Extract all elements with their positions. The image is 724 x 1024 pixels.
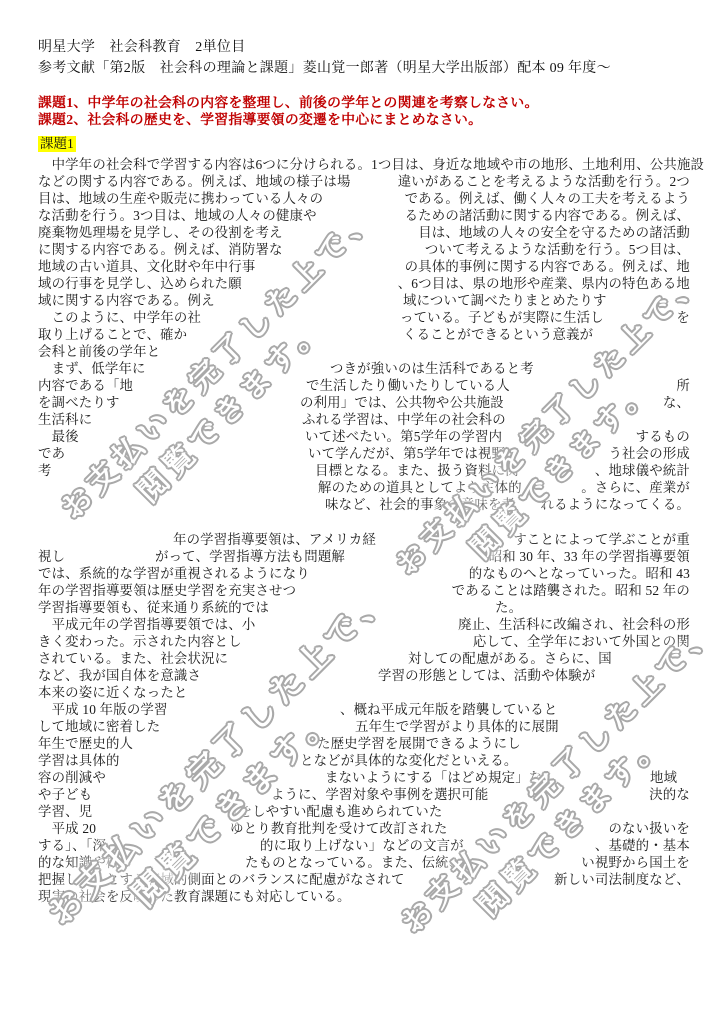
text-fragment: して地域に密着した	[38, 718, 160, 735]
text-fragment: がって、学習指導方法も問題解	[155, 548, 345, 565]
text-line: きく変わった。示された内容とし応して、全学年において外国との関	[0, 633, 724, 650]
text-fragment: 平成 20	[38, 820, 96, 837]
text-fragment: を調べたりす	[38, 394, 120, 411]
text-fragment: すことによって学ぶことが重	[513, 531, 690, 548]
text-line: 解のための道具としてより主体的。さらに、産業が	[0, 479, 724, 496]
document-page: 明星大学 社会科教育 2単位目 参考文献「第2版 社会科の理論と課題」菱山覚一郎…	[0, 0, 724, 1024]
text-fragment: いて学んだが、第5学年では視野	[308, 445, 505, 462]
text-fragment: ように、学習対象や事例を選択可能	[271, 786, 488, 803]
text-line: では、系統的な学習が重視されるようになり的なものへとなっていった。昭和 43	[0, 565, 724, 582]
text-line: や子どもように、学習対象や事例を選択可能決的な	[0, 786, 724, 803]
text-fragment: 中学年の社会科で学習する内容は6つに分けられる。1つ目は、身近な地域や市の地形、…	[38, 156, 704, 173]
text-fragment: な活動を行う。3つ目は、地域の人々の健康や	[38, 207, 317, 224]
text-fragment: 応して、全学年において外国との関	[473, 633, 690, 650]
text-fragment: のない扱いを	[608, 820, 690, 837]
text-fragment: 平成元年の学習指導要領では、小	[38, 616, 255, 633]
text-fragment: 的に取り上げない」などの文言が	[260, 837, 464, 854]
text-fragment: 年の学習指導要領は歴史学習を充実させつ	[38, 582, 296, 599]
text-fragment: まず、低学年に	[38, 360, 146, 377]
text-fragment: 習をしやすい配慮も進められていた	[225, 803, 442, 820]
text-fragment: 地域の古い道具、文化財や年中行事	[38, 258, 255, 275]
text-fragment: 地域	[650, 769, 677, 786]
text-fragment: た歴史学習を展開できるようにし	[317, 735, 521, 752]
text-fragment: であることは踏襲された。昭和 52 年の	[452, 582, 690, 599]
text-line: 学習、児習をしやすい配慮も進められていた	[0, 803, 724, 820]
text-fragment: 的な知識や概	[38, 854, 120, 871]
text-fragment: 域について調べたりまとめたりす	[403, 292, 607, 309]
text-line: を調べたりすの利用」では、公共物や公共施設な、	[0, 394, 724, 411]
text-line: 取り上げることで、確かくることができるという意義が	[0, 326, 724, 343]
text-fragment: 現実の社会を反映した教育課題にも対応している。	[38, 888, 351, 905]
text-fragment: 年の学習指導要領は、アメリカ経	[173, 531, 376, 548]
text-fragment: 、概ね平成元年版を踏襲していると	[340, 701, 557, 718]
text-fragment: 内容である「地	[38, 377, 133, 394]
text-fragment: 、地球儀や統計	[595, 462, 690, 479]
text-fragment: ついて考えるような活動を行う。5つ目は、	[425, 241, 690, 258]
text-fragment: ふれる学習は、中学年の社会科の	[302, 411, 506, 428]
text-fragment: であ	[38, 445, 65, 462]
text-fragment: たものとなっている。また、伝統、	[245, 854, 462, 871]
text-line: に関する内容である。例えば、消防署なついて考えるような活動を行う。5つ目は、	[0, 241, 724, 258]
text-line: 平成 20ゆとり教育批判を受けて改訂されたのない扱いを	[0, 820, 724, 837]
text-fragment: では、系統的な学習が重視されるようになり	[38, 565, 310, 582]
text-fragment: に関する内容である。例えば、消防署な	[38, 241, 283, 258]
text-fragment: 域の行事を見学し、込められた願	[38, 275, 242, 292]
text-line: な活動を行う。3つ目は、地域の人々の健康やるための諸活動に関する内容である。例え…	[0, 207, 724, 224]
text-line: など、我が国自体を意識さ学習の形態としては、活動や体験が	[0, 667, 724, 684]
text-fragment: た。	[495, 599, 522, 616]
text-line: する」、「深的に取り上げない」などの文言が、基礎的・基本	[0, 837, 724, 854]
text-line: 味など、社会的事象の意味を考れるようになってくる。	[0, 496, 724, 513]
text-line: であいて学んだが、第5学年では視野う社会の形成	[0, 445, 724, 462]
text-fragment: 廃棄物処理場を見学し、その役割を考え	[38, 224, 283, 241]
text-fragment: このように、中学年の社	[38, 309, 201, 326]
text-fragment: 平成 10 年版の学習	[38, 701, 168, 718]
text-fragment: 違いがあることを考えるような活動を行う。2つ	[398, 173, 690, 190]
text-line: まず、低学年につきが強いのは生活科であると考	[0, 360, 724, 377]
text-fragment: となどが具体的な変化だといえる。	[300, 752, 517, 769]
text-fragment: 学習の形態としては、活動や体験が	[378, 667, 595, 684]
text-line: 目は、地域の生産や販売に携わっている人々のである。例えば、働く人々の工夫を考える…	[0, 190, 724, 207]
text-line: 中学年の社会科で学習する内容は6つに分けられる。1つ目は、身近な地域や市の地形、…	[0, 156, 724, 173]
text-fragment: 年生で歴史的人	[38, 735, 133, 752]
text-fragment: 取り上げることで、確か	[38, 326, 187, 343]
text-line: 現実の社会を反映した教育課題にも対応している。	[0, 888, 724, 905]
text-line: 平成 10 年版の学習、概ね平成元年版を踏襲していると	[0, 701, 724, 718]
text-line: 年の学習指導要領は、アメリカ経すことによって学ぶことが重	[0, 531, 724, 548]
text-line: 本来の姿に近くなったと	[0, 684, 724, 701]
text-line: 把握しようとする広域的側面とのバランスに配慮がなされて新しい司法制度など、	[0, 871, 724, 888]
text-fragment: で生活したり働いたりしている人	[306, 377, 510, 394]
text-fragment: 、基礎的・基本	[595, 837, 690, 854]
text-fragment: つきが強いのは生活科であると考	[330, 360, 534, 377]
text-fragment: 所	[676, 377, 690, 394]
text-fragment: 目は、地域の人々の安全を守るための諸活動	[418, 224, 690, 241]
text-fragment: する」、「深	[38, 837, 106, 854]
text-fragment: など、我が国自体を意識さ	[38, 667, 201, 684]
text-fragment: な、	[663, 394, 690, 411]
text-fragment: 学習、児	[38, 803, 92, 820]
text-fragment: 。さらに、産業が	[581, 479, 690, 496]
text-fragment: う社会の形成	[608, 445, 690, 462]
text-line: 会科と前後の学年と	[0, 343, 724, 360]
text-line: 容の削減やまないようにする「はどめ規定」な地域	[0, 769, 724, 786]
text-fragment: 味など、社会的事象の意味を考	[325, 496, 515, 513]
text-line: されている。また、社会状況に対しての配慮がある。さらに、国	[0, 650, 724, 667]
text-line: 年の学習指導要領は歴史学習を充実させつであることは踏襲された。昭和 52 年の	[0, 582, 724, 599]
text-fragment: 生活科に	[38, 411, 92, 428]
text-fragment: きく変わった。示された内容とし	[38, 633, 242, 650]
text-fragment: 会科と前後の学年と	[38, 343, 160, 360]
text-line: 生活科にふれる学習は、中学年の社会科の	[0, 411, 724, 428]
text-fragment: いて述べたい。第5学年の学習内	[305, 428, 502, 445]
text-fragment: 最後	[38, 428, 79, 445]
text-fragment: 的なものへとなっていった。昭和 43	[469, 565, 690, 582]
text-line: 平成元年の学習指導要領では、小廃止、生活科に改編され、社会科の形	[0, 616, 724, 633]
text-line: 学習指導要領も、従来通り系統的ではた。	[0, 599, 724, 616]
text-line: 考目標となる。また、扱う資料に関、地球儀や統計	[0, 462, 724, 479]
text-line: このように、中学年の社っている。子どもが実際に生活しを	[0, 309, 724, 326]
text-fragment: れるようになってくる。	[541, 496, 691, 513]
text-fragment: 廃止、生活科に改編され、社会科の形	[458, 616, 690, 633]
text-fragment: 視し	[38, 548, 65, 565]
text-line: 的な知識や概たものとなっている。また、伝統、い視野から国土を	[0, 854, 724, 871]
text-fragment: い視野から国土を	[581, 854, 690, 871]
text-fragment: 決的な	[649, 786, 690, 803]
text-fragment: するもの	[636, 428, 690, 445]
text-fragment: 、6つ目は、県の地形や産業、県内の特色ある地	[398, 275, 690, 292]
text-line: 廃棄物処理場を見学し、その役割を考え目は、地域の人々の安全を守るための諸活動	[0, 224, 724, 241]
text-fragment: 目は、地域の生産や販売に携わっている人々の	[38, 190, 323, 207]
text-fragment: まないようにする「はどめ規定」な	[325, 769, 542, 786]
document-text: 中学年の社会科で学習する内容は6つに分けられる。1つ目は、身近な地域や市の地形、…	[0, 0, 724, 1024]
text-fragment: などの関する内容である。例えば、地域の様子は場	[38, 173, 351, 190]
text-line: 内容である「地で生活したり働いたりしている人所	[0, 377, 724, 394]
text-fragment: や子ども	[38, 786, 92, 803]
text-fragment: 新しい司法制度など、	[554, 871, 690, 888]
text-fragment: ゆとり教育批判を受けて改訂された	[230, 820, 447, 837]
text-fragment: 域に関する内容である。例え	[38, 292, 215, 309]
text-line: して地域に密着した五年生で学習がより具体的に展開	[0, 718, 724, 735]
text-line: などの関する内容である。例えば、地域の様子は場違いがあることを考えるような活動を…	[0, 173, 724, 190]
text-line: 域に関する内容である。例え域について調べたりまとめたりす	[0, 292, 724, 309]
text-fragment: 容の削減や	[38, 769, 106, 786]
text-fragment: 目標となる。また、扱う資料に関	[315, 462, 519, 479]
text-fragment: 解のための道具としてより主体的	[318, 479, 522, 496]
text-fragment: くることができるという意義が	[403, 326, 593, 343]
text-fragment: の利用」では、公共物や公共施設	[300, 394, 504, 411]
text-fragment: されている。また、社会状況に	[38, 650, 228, 667]
text-fragment: 考	[38, 462, 52, 479]
text-fragment: の具体的事例に関する内容である。例えば、地	[405, 258, 690, 275]
text-fragment: 昭和 30 年、33 年の学習指導要領	[489, 548, 690, 565]
text-fragment: 対しての配慮がある。さらに、国	[408, 650, 612, 667]
text-fragment: るための諸活動に関する内容である。例えば、	[405, 207, 690, 224]
text-line: 学習は具体的となどが具体的な変化だといえる。	[0, 752, 724, 769]
text-fragment: っている。子どもが実際に生活し	[400, 309, 604, 326]
text-fragment: である。例えば、働く人々の工夫を考えるよう	[405, 190, 690, 207]
text-fragment: 本来の姿に近くなったと	[38, 684, 188, 701]
text-fragment: 把握しようとする広域的側面とのバランスに配慮がなされて	[38, 871, 405, 888]
text-line: 年生で歴史的人た歴史学習を展開できるようにし	[0, 735, 724, 752]
text-line: 視しがって、学習指導方法も問題解昭和 30 年、33 年の学習指導要領	[0, 548, 724, 565]
text-fragment: を	[676, 309, 690, 326]
text-fragment: 五年生で学習がより具体的に展開	[355, 718, 559, 735]
text-fragment: 学習指導要領も、従来通り系統的では	[38, 599, 269, 616]
text-line: 地域の古い道具、文化財や年中行事の具体的事例に関する内容である。例えば、地	[0, 258, 724, 275]
text-fragment: 学習は具体的	[38, 752, 120, 769]
text-line: 最後いて述べたい。第5学年の学習内するもの	[0, 428, 724, 445]
text-line: 域の行事を見学し、込められた願、6つ目は、県の地形や産業、県内の特色ある地	[0, 275, 724, 292]
